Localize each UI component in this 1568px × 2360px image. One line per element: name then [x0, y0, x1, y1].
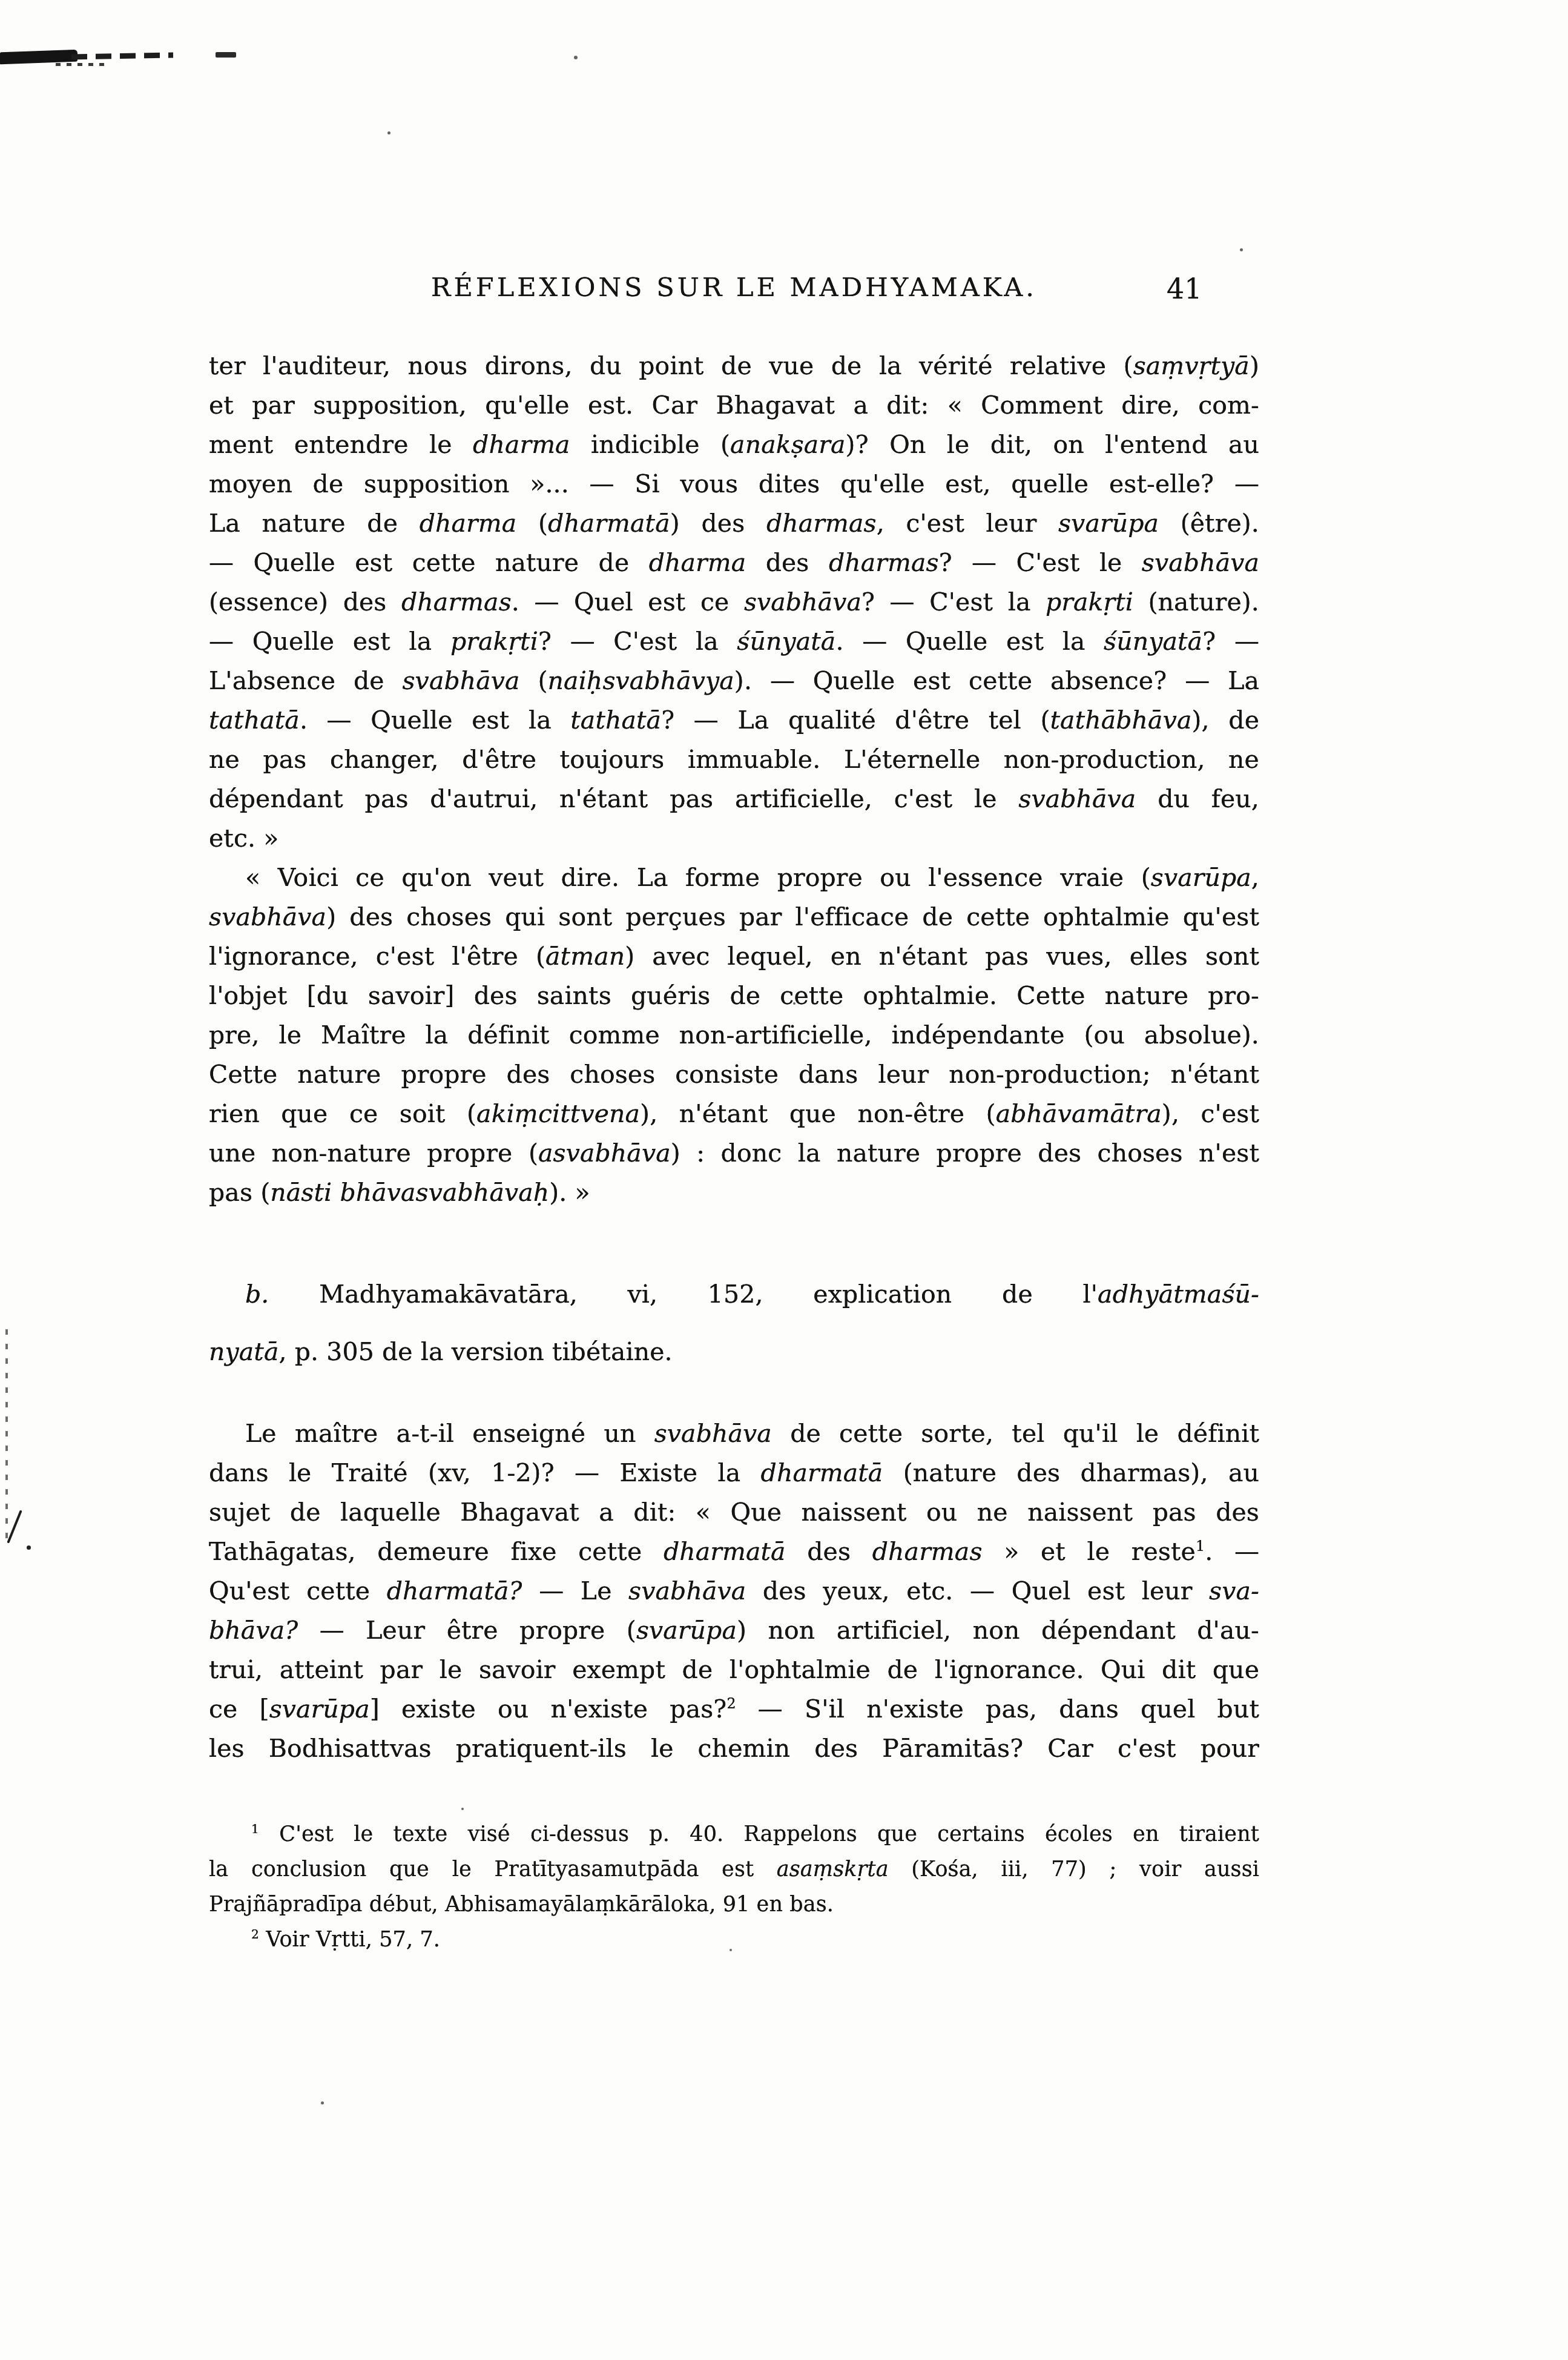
text-line: les Bodhisattvas pratiquent-ils le chemi… [209, 1729, 1259, 1768]
text-line: pas (nāsti bhāvasvabhāvaḥ). » [209, 1173, 1259, 1212]
text-run: ) des [670, 509, 766, 538]
text-run: ). » [549, 1178, 590, 1207]
italic-term: dharmatā [761, 1458, 883, 1487]
text-run: pre, le Maître la définit comme non-arti… [209, 1020, 1259, 1049]
text-run: )? On le dit, on l'entend au [846, 430, 1259, 459]
footnote-marker: 1 [1196, 1538, 1205, 1555]
text-line: Qu'est cette dharmatā? — Le svabhāva des… [209, 1572, 1259, 1611]
italic-term: svarūpa [269, 1694, 370, 1724]
text-line: Prajñāpradīpa début, Abhisamayālaṃkārālo… [209, 1887, 1259, 1922]
text-run: ), n'étant que non-être ( [640, 1099, 996, 1128]
scan-artifact-pen-stroke [7, 1510, 22, 1543]
italic-term: dharmatā [664, 1537, 786, 1566]
text-run: Tathāgatas, demeure fixe cette [209, 1537, 664, 1566]
text-line: — Quelle est la prakṛti? — C'est la śūny… [209, 622, 1259, 661]
text-line: l'ignorance, c'est l'être (ātman) avec l… [209, 937, 1259, 976]
text-run: dépendant pas d'autrui, n'étant pas arti… [209, 784, 1018, 813]
italic-term: sva- [1209, 1576, 1259, 1605]
text-run: une non-nature propre ( [209, 1139, 538, 1168]
text-run: (nature). [1133, 587, 1259, 616]
italic-term: svabhāva [209, 902, 326, 931]
italic-term: dharmas [829, 548, 939, 577]
text-line: — Quelle est cette nature de dharma des … [209, 543, 1259, 583]
text-line: b. Madhyamakāvatāra, vi, 152, explicatio… [209, 1266, 1259, 1323]
paragraph-continuation-quote: ter l'auditeur, nous dirons, du point de… [209, 346, 1259, 858]
text-line: nyatā, p. 305 de la version tibétaine. [209, 1323, 1259, 1381]
text-line: la conclusion que le Pratītyasamutpāda e… [209, 1852, 1259, 1887]
scan-artifact-speck [1240, 248, 1243, 251]
text-line: trui, atteint par le savoir exempt de l'… [209, 1650, 1259, 1690]
italic-term: dharmatā [548, 509, 670, 538]
text-run: ) des choses qui sont perçues par l'effi… [326, 902, 1259, 931]
text-run: ) : donc la nature propre des choses n'e… [671, 1139, 1259, 1168]
text-run: ? — [1202, 627, 1259, 656]
scan-artifact-speck [574, 56, 578, 59]
italic-term: prakṛti [450, 627, 538, 656]
italic-term: saṃvṛtyā [1133, 351, 1250, 380]
scan-artifact-smudge [71, 53, 173, 60]
italic-term: svabhāva [654, 1419, 772, 1448]
text-run: Madhyamakāvatāra, vi, 152, explication d… [269, 1280, 1098, 1309]
text-run: ) non artificiel, non dépendant d'au- [737, 1616, 1259, 1645]
text-run: . — Quelle est la [835, 627, 1104, 656]
italic-term: svabhāva [1142, 548, 1259, 577]
text-run: des [786, 1537, 872, 1566]
page-header: RÉFLEXIONS SUR LE MADHYAMAKA. 41 [209, 273, 1259, 315]
text-run: des yeux, etc. — Quel est leur [746, 1576, 1209, 1605]
italic-term: naiḥsvabhāvya [548, 666, 734, 695]
text-run: (être). [1159, 509, 1259, 538]
page-number: 41 [1167, 273, 1202, 305]
text-run: ment entendre le [209, 430, 473, 459]
text-run: dans le Traité (xv, 1-2)? — Existe la [209, 1458, 761, 1487]
text-line: « Voici ce qu'on veut dire. La forme pro… [209, 858, 1259, 897]
text-run: ? — La qualité d'être tel ( [661, 706, 1050, 735]
text-run: , c'est leur [877, 509, 1058, 538]
text-run: ), c'est [1162, 1099, 1259, 1128]
paragraph-le-maitre: Le maître a-t-il enseigné un svabhāva de… [209, 1414, 1259, 1768]
paragraph-voici-quote: « Voici ce qu'on veut dire. La forme pro… [209, 858, 1259, 1212]
text-run: pas ( [209, 1178, 270, 1207]
italic-term: svabhāva [402, 666, 519, 695]
text-line: dépendant pas d'autrui, n'étant pas arti… [209, 779, 1259, 819]
scan-artifact-speck [321, 2101, 324, 2104]
italic-term: akiṃcittvena [476, 1099, 640, 1128]
italic-term: svabhāva [1018, 784, 1136, 813]
italic-term: asvabhāva [538, 1139, 671, 1168]
text-run: (Kośa, iii, 77) ; voir aussi [889, 1857, 1259, 1882]
text-run: Prajñāpradīpa début, Abhisamayālaṃkārālo… [209, 1892, 834, 1917]
text-run: C'est le texte visé ci-dessus p. 40. Rap… [259, 1822, 1259, 1846]
text-line: Cette nature propre des choses consiste … [209, 1055, 1259, 1094]
italic-term: svabhāva [628, 1576, 746, 1605]
text-run: » et le reste [983, 1537, 1196, 1566]
text-run: trui, atteint par le savoir exempt de l'… [209, 1655, 1259, 1684]
scan-artifact-speck [461, 1808, 464, 1810]
text-line: 1 C'est le texte visé ci-dessus p. 40. R… [209, 1817, 1259, 1852]
text-line: dans le Traité (xv, 1-2)? — Existe la dh… [209, 1453, 1259, 1493]
scan-artifact-smudge [0, 50, 77, 64]
text-run: Qu'est cette [209, 1576, 387, 1605]
italic-term: asaṃskṛta [777, 1857, 889, 1882]
italic-term: dharma [649, 548, 746, 577]
italic-term: nyatā [209, 1337, 278, 1366]
text-run: ? — C'est la [861, 587, 1046, 616]
text-run: l'ignorance, c'est l'être ( [209, 942, 545, 971]
text-run: Le maître a-t-il enseigné un [245, 1419, 654, 1448]
italic-term: dharmas [872, 1537, 983, 1566]
running-title: RÉFLEXIONS SUR LE MADHYAMAKA. [209, 273, 1259, 303]
italic-term: dharmas [401, 587, 512, 616]
text-line: ment entendre le dharma indicible (anakṣ… [209, 425, 1259, 464]
italic-term: śūnyatā [737, 627, 835, 656]
italic-term: b. [245, 1280, 269, 1309]
text-run: — Quelle est la [209, 627, 450, 656]
text-line: Le maître a-t-il enseigné un svabhāva de… [209, 1414, 1259, 1453]
text-run: Voir Vṛtti, 57, 7. [259, 1928, 440, 1952]
text-run: ce [ [209, 1694, 269, 1724]
text-run: — S'il n'existe pas, dans quel but [736, 1694, 1259, 1724]
text-run: . — [1205, 1537, 1259, 1566]
text-run: ) [1250, 351, 1259, 380]
footnote-marker: 2 [251, 1927, 259, 1942]
scan-artifact-smudge [56, 63, 110, 66]
text-run: de cette sorte, tel qu'il le définit [772, 1419, 1259, 1448]
italic-term: abhāvamātra [996, 1099, 1162, 1128]
text-line: La nature de dharma (dharmatā) des dharm… [209, 504, 1259, 543]
italic-term: dharma [420, 509, 517, 538]
italic-term: śūnyatā [1104, 627, 1202, 656]
text-run: ? — C'est le [939, 548, 1142, 577]
text-run: — Quelle est cette nature de [209, 548, 649, 577]
italic-term: prakṛti [1046, 587, 1133, 616]
text-run: , [1251, 863, 1259, 892]
text-run: la conclusion que le Pratītyasamutpāda e… [209, 1857, 777, 1882]
italic-term: tathatā [209, 706, 300, 735]
text-run: rien que ce soit ( [209, 1099, 476, 1128]
italic-term: dharma [473, 430, 570, 459]
text-run: les Bodhisattvas pratiquent-ils le chemi… [209, 1734, 1259, 1763]
text-line: l'objet [du savoir] des saints guéris de… [209, 976, 1259, 1016]
text-run: L'absence de [209, 666, 402, 695]
footnotes: 1 C'est le texte visé ci-dessus p. 40. R… [209, 1817, 1259, 1957]
text-run: , p. 305 de la version tibétaine. [278, 1337, 672, 1366]
text-line: 2 Voir Vṛtti, 57, 7. [209, 1922, 1259, 1957]
text-run: ( [516, 509, 548, 538]
text-run: et par supposition, qu'elle est. Car Bha… [209, 391, 1259, 420]
footnote-marker: 2 [726, 1695, 736, 1712]
italic-term: anakṣara [730, 430, 845, 459]
text-line: moyen de supposition »... — Si vous dite… [209, 464, 1259, 504]
italic-term: nāsti bhāvasvabhāvaḥ [270, 1178, 549, 1207]
footnote-marker: 1 [251, 1822, 259, 1836]
text-run: (essence) des [209, 587, 401, 616]
italic-term: tathābhāva [1050, 706, 1192, 735]
text-run: etc. » [209, 824, 278, 853]
scan-artifact-pen-dot [27, 1545, 31, 1550]
text-run: indicible ( [570, 430, 730, 459]
text-run: sujet de laquelle Bhagavat a dit: « Que … [209, 1498, 1259, 1527]
italic-term: svarūpa [1151, 863, 1251, 892]
text-line: tathatā. — Quelle est la tathatā? — La q… [209, 701, 1259, 740]
text-run: La nature de [209, 509, 420, 538]
text-run: ] existe ou n'existe pas? [370, 1694, 727, 1724]
text-run: du feu, [1136, 784, 1259, 813]
text-run: ter l'auditeur, nous dirons, du point de… [209, 351, 1133, 380]
text-run: moyen de supposition »... — Si vous dite… [209, 469, 1259, 498]
text-line: ter l'auditeur, nous dirons, du point de… [209, 346, 1259, 386]
text-line: etc. » [209, 819, 1259, 858]
text-run: ? — C'est la [538, 627, 737, 656]
scanned-book-page: RÉFLEXIONS SUR LE MADHYAMAKA. 41 ter l'a… [0, 0, 1568, 2360]
italic-term: svabhāva [744, 587, 861, 616]
text-run: . — Quelle est la [300, 706, 570, 735]
text-run: ). — Quelle est cette absence? — La [734, 666, 1259, 695]
text-line: L'absence de svabhāva (naiḥsvabhāvya). —… [209, 661, 1259, 701]
scan-artifact-speck [387, 131, 390, 134]
italic-term: svarūpa [1058, 509, 1159, 538]
text-run: Cette nature propre des choses consiste … [209, 1060, 1259, 1089]
text-line: ne pas changer, d'être toujours immuable… [209, 740, 1259, 779]
italic-term: ātman [545, 942, 625, 971]
text-line: et par supposition, qu'elle est. Car Bha… [209, 386, 1259, 425]
scan-artifact-margin-dots [5, 1329, 8, 1542]
text-run: ), de [1191, 706, 1259, 735]
scan-artifact-smudge [216, 52, 236, 58]
text-run: . — Quel est ce [512, 587, 744, 616]
text-line: (essence) des dharmas. — Quel est ce sva… [209, 583, 1259, 622]
text-run: (nature des dharmas), au [883, 1458, 1259, 1487]
text-run: — Leur être propre ( [298, 1616, 636, 1645]
text-run: l'objet [du savoir] des saints guéris de… [209, 981, 1259, 1010]
text-run: des [746, 548, 829, 577]
section-reference-b: b. Madhyamakāvatāra, vi, 152, explicatio… [209, 1266, 1259, 1381]
italic-term: dharmas [766, 509, 877, 538]
text-line: svabhāva) des choses qui sont perçues pa… [209, 897, 1259, 937]
text-run: « Voici ce qu'on veut dire. La forme pro… [245, 863, 1151, 892]
text-line: une non-nature propre (asvabhāva) : donc… [209, 1134, 1259, 1173]
italic-term: tathatā [570, 706, 661, 735]
text-line: bhāva? — Leur être propre (svarūpa) non … [209, 1611, 1259, 1650]
text-run: — Le [522, 1576, 629, 1605]
text-line: rien que ce soit (akiṃcittvena), n'étant… [209, 1094, 1259, 1134]
italic-term: bhāva? [209, 1616, 298, 1645]
text-line: ce [svarūpa] existe ou n'existe pas?2 — … [209, 1690, 1259, 1729]
italic-term: svarūpa [636, 1616, 737, 1645]
text-run: ( [520, 666, 548, 695]
text-run: ) avec lequel, en n'étant pas vues, elle… [625, 942, 1259, 971]
text-line: Tathāgatas, demeure fixe cette dharmatā … [209, 1532, 1259, 1572]
text-line: pre, le Maître la définit comme non-arti… [209, 1016, 1259, 1055]
text-line: sujet de laquelle Bhagavat a dit: « Que … [209, 1493, 1259, 1532]
text-run: ne pas changer, d'être toujours immuable… [209, 745, 1259, 774]
italic-term: dharmatā? [387, 1576, 522, 1605]
italic-term: adhyātmaśū- [1098, 1280, 1259, 1309]
